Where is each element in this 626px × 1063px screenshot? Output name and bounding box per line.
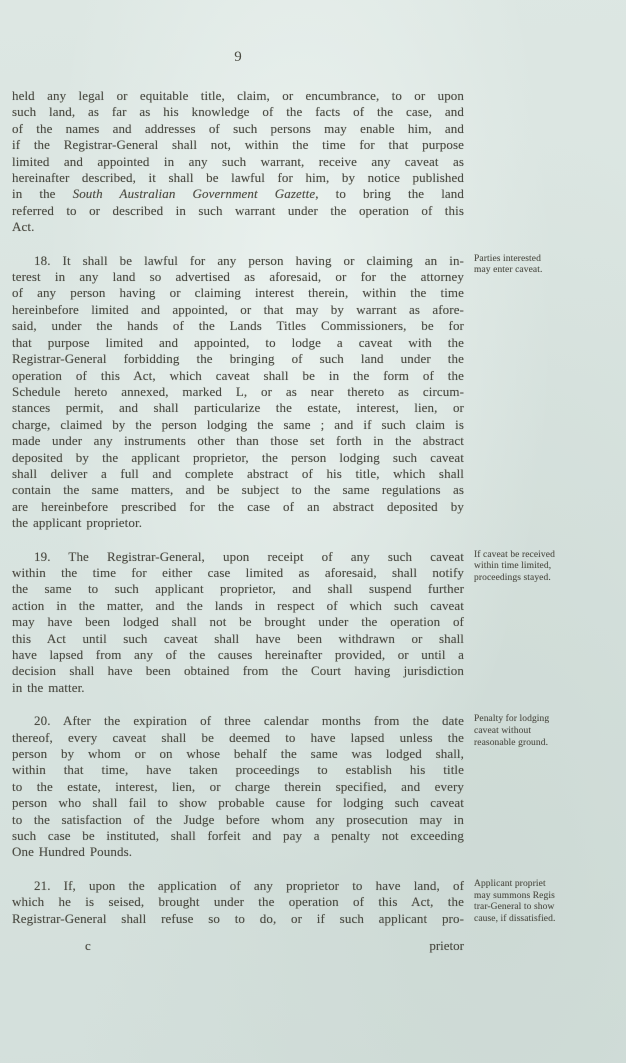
margin-note-line: trar-General to show [474, 902, 620, 914]
text-line: such land, as far as his knowledge of th… [12, 104, 464, 120]
text-line: Registrar-General shall refuse so to do,… [12, 911, 464, 927]
text-line: made under any instruments other than th… [12, 433, 464, 449]
margin-note-line: If caveat be received [474, 550, 620, 562]
text-line: One Hundred Pounds. [12, 844, 464, 860]
margin-note: Applicant proprietmay summons Registrar-… [464, 878, 620, 926]
text-line: are hereinbefore prescribed for the case… [12, 499, 464, 515]
margin-note-line: caveat without [474, 726, 620, 738]
text-line: 19. The Registrar-General, upon receipt … [12, 549, 464, 565]
text-line: this Act until such caveat shall have be… [12, 631, 464, 647]
paragraph: 21. If, upon the application of any prop… [12, 878, 464, 927]
text-line: person by whom or on whose behalf the sa… [12, 746, 464, 762]
text-line: contain the same matters, and be subject… [12, 482, 464, 498]
text-line: thereof, every caveat shall be deemed to… [12, 730, 464, 746]
text-line: the applicant proprietor. [12, 515, 464, 531]
sections-container: held any legal or equitable title, claim… [12, 88, 626, 927]
text-line: said, under the hands of the Lands Title… [12, 318, 464, 334]
margin-note [464, 88, 620, 89]
text-line: person who shall fail to show probable c… [12, 795, 464, 811]
text-line: shall deliver a full and complete abstra… [12, 466, 464, 482]
text-line: that purpose limited and appointed, to l… [12, 335, 464, 351]
scanned-page: 9 held any legal or equitable title, cla… [0, 0, 626, 1063]
text-line: Act. [12, 219, 464, 235]
text-line: may have been lodged shall not be brough… [12, 614, 464, 630]
text-line: 20. After the expiration of three calend… [12, 713, 464, 729]
page-number: 9 [12, 48, 464, 66]
margin-note-line: Penalty for lodging [474, 714, 620, 726]
text-line: deposited by the applicant proprietor, t… [12, 450, 464, 466]
text-line: such case be instituted, shall forfeit a… [12, 828, 464, 844]
act-section: 19. The Registrar-General, upon receipt … [12, 549, 626, 697]
margin-note-line: within time limited, [474, 561, 620, 573]
text-line: operation of this Act, which caveat shal… [12, 368, 464, 384]
text-line: terest in any land so advertised as afor… [12, 269, 464, 285]
text-line: have lapsed from any of the causes herei… [12, 647, 464, 663]
margin-note-line: proceedings stayed. [474, 573, 620, 585]
margin-note: If caveat be receivedwithin time limited… [464, 549, 620, 585]
text-line: 21. If, upon the application of any prop… [12, 878, 464, 894]
text-line: in the South Australian Government Gazet… [12, 186, 464, 202]
margin-note-line: may summons Regis [474, 891, 620, 903]
text-line: held any legal or equitable title, claim… [12, 88, 464, 104]
text-line: limited and appointed in any such warran… [12, 154, 464, 170]
text-line: decision shall have been obtained from t… [12, 663, 464, 679]
margin-note-line: may enter caveat. [474, 265, 620, 277]
margin-note-line: Parties interested [474, 254, 620, 266]
catchword: prietor [429, 938, 464, 954]
act-section: 21. If, upon the application of any prop… [12, 878, 626, 927]
act-section: 20. After the expiration of three calend… [12, 713, 626, 861]
text-line: in the matter. [12, 680, 464, 696]
text-line: within that time, have taken proceedings… [12, 762, 464, 778]
paragraph: 19. The Registrar-General, upon receipt … [12, 549, 464, 697]
margin-note-line: reasonable ground. [474, 738, 620, 750]
text-line: hereinbefore limited and appointed, or t… [12, 302, 464, 318]
text-line: if the Registrar-General shall not, with… [12, 137, 464, 153]
paragraph: 20. After the expiration of three calend… [12, 713, 464, 861]
text-line: of any person having or claiming interes… [12, 285, 464, 301]
act-section: held any legal or equitable title, claim… [12, 88, 626, 236]
text-line: of the names and addresses of such perso… [12, 121, 464, 137]
text-line: the same to such applicant proprietor, a… [12, 581, 464, 597]
text-line: stances permit, and shall particularize … [12, 400, 464, 416]
paragraph: 18. It shall be lawful for any person ha… [12, 253, 464, 532]
text-line: 18. It shall be lawful for any person ha… [12, 253, 464, 269]
text-line: to the estate, interest, lien, or charge… [12, 779, 464, 795]
text-line: action in the matter, and the lands in r… [12, 598, 464, 614]
text-line: which he is seised, brought under the op… [12, 894, 464, 910]
margin-note: Parties interestedmay enter caveat. [464, 253, 620, 278]
signature-mark: c [85, 938, 91, 954]
text-line: Registrar-General forbidding the bringin… [12, 351, 464, 367]
margin-note-line: cause, if dissatisfied. [474, 914, 620, 926]
text-line: to the satisfaction of the Judge before … [12, 812, 464, 828]
margin-note: Penalty for lodgingcaveat withoutreasona… [464, 713, 620, 749]
text-line: hereinafter described, it shall be lawfu… [12, 170, 464, 186]
text-line: referred to or described in such warrant… [12, 203, 464, 219]
catchline: c prietor [12, 938, 464, 954]
text-line: Schedule hereto annexed, marked L, or as… [12, 384, 464, 400]
act-section: 18. It shall be lawful for any person ha… [12, 253, 626, 532]
text-line: charge, claimed by the person lodging th… [12, 417, 464, 433]
paragraph: held any legal or equitable title, claim… [12, 88, 464, 236]
text-line: within the time for either case limited … [12, 565, 464, 581]
content-area: held any legal or equitable title, claim… [12, 88, 626, 955]
margin-note-line: Applicant propriet [474, 879, 620, 891]
